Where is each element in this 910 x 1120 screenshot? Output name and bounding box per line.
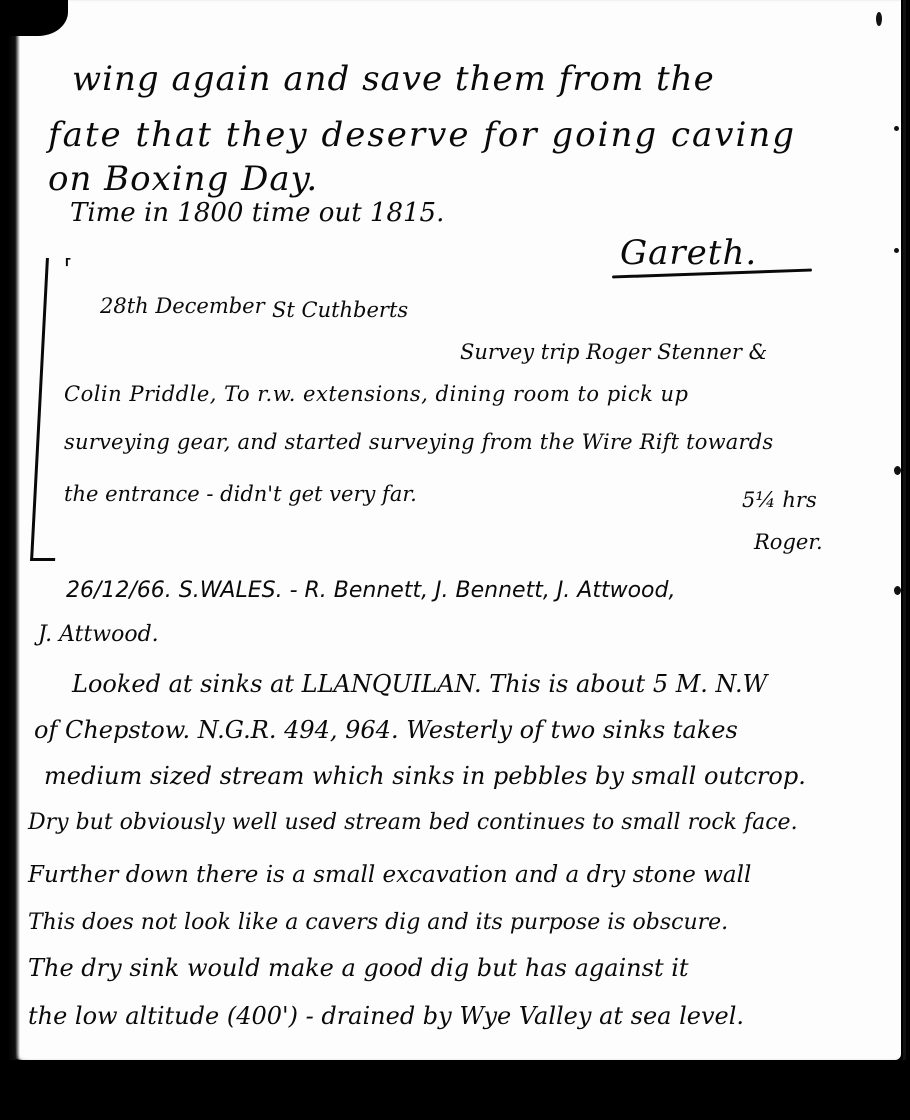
text-line: Dry but obviously well used stream bed c…: [28, 812, 798, 834]
text-line: Survey trip Roger Stenner &: [460, 342, 767, 363]
trip-duration: 5¼ hrs: [742, 490, 817, 511]
text-line: Further down there is a small excavation…: [28, 864, 751, 887]
text-line: the low altitude (400') - drained by Wye…: [28, 1004, 744, 1028]
scan-speck: [894, 126, 899, 131]
page-edge-line: [903, 0, 906, 1060]
binding-shadow: [8, 0, 20, 1060]
scanned-page: wing again and save them from the fate t…: [0, 0, 910, 1120]
entry-location: St Cuthberts: [272, 300, 408, 321]
text-line: surveying gear, and started surveying fr…: [64, 432, 773, 453]
scan-speck: [894, 586, 901, 595]
notebook-page: wing again and save them from the fate t…: [8, 0, 901, 1060]
text-line: of Chepstow. N.G.R. 494, 964. Westerly o…: [34, 718, 738, 742]
entry-bracket: [30, 258, 71, 561]
scan-speck: [894, 466, 901, 475]
text-line: medium sized stream which sinks in pebbl…: [44, 764, 806, 788]
text-line: Looked at sinks at LLANQUILAN. This is a…: [72, 672, 767, 696]
entry-date: 28th December: [100, 296, 265, 317]
scan-speck: [894, 248, 899, 253]
text-line: Colin Priddle, To r.w. extensions, dinin…: [64, 384, 689, 405]
signature-roger: Roger.: [754, 532, 823, 553]
bracket-arrow-icon: ⸢: [64, 256, 73, 281]
text-line: fate that they deserve for going caving: [48, 118, 796, 152]
ink-blot: [8, 0, 68, 36]
text-line: on Boxing Day.: [48, 162, 318, 196]
time-in-out: Time in 1800 time out 1815.: [70, 200, 444, 226]
text-line: the entrance - didn't get very far.: [64, 484, 417, 505]
entry-header: 26/12/66. S.WALES. - R. Bennett, J. Benn…: [66, 580, 675, 602]
text-line: This does not look like a cavers dig and…: [28, 912, 728, 934]
signature-gareth: Gareth.: [620, 236, 757, 270]
scan-speck: [876, 12, 882, 26]
text-line: wing again and save them from the: [72, 62, 715, 96]
text-line: The dry sink would make a good dig but h…: [28, 956, 689, 980]
entry-header-continued: J. Attwood.: [38, 624, 159, 646]
